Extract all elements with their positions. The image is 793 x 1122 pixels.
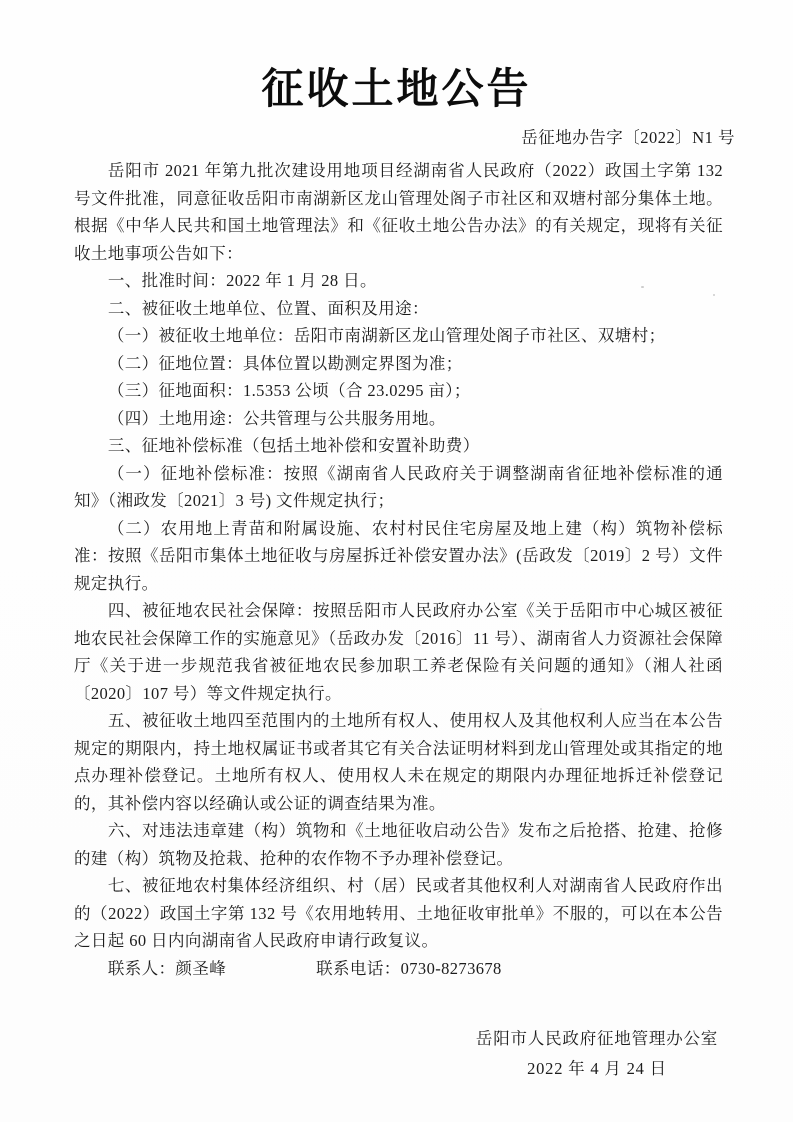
issue-date: 2022 年 4 月 24 日 [417, 1054, 777, 1084]
scan-speck [713, 294, 715, 296]
page-title: 征收土地公告 [0, 56, 793, 116]
contact-line: 联系人：颜圣峰联系电话：0730-8273678 [74, 955, 723, 983]
paragraph-item-2-2-location: （二）征地位置：具体位置以勘测定界图为准； [74, 350, 723, 378]
signature-block: 岳阳市人民政府征地管理办公室 2022 年 4 月 24 日 [417, 1024, 777, 1084]
announcement-document: 征收土地公告 岳征地办告字〔2022〕N1 号 岳阳市 2021 年第九批次建设… [0, 0, 793, 1122]
paragraph-item-6-illegal-structures: 六、对违法违章建（构）筑物和《土地征收启动公告》发布之后抢搭、抢建、抢修的建（构… [74, 817, 723, 872]
paragraph-intro: 岳阳市 2021 年第九批次建设用地项目经湖南省人民政府（2022）政国土字第 … [74, 157, 723, 267]
paragraph-item-2-4-usage: （四）土地用途：公共管理与公共服务用地。 [74, 405, 723, 433]
paragraph-item-7-review: 七、被征地农村集体经济组织、村（居）民或者其他权利人对湖南省人民政府作出的（20… [74, 872, 723, 955]
contact-person-label: 联系人： [108, 959, 176, 978]
contact-person-name: 颜圣峰 [175, 959, 226, 978]
paragraph-item-3-2-structures: （二）农用地上青苗和附属设施、农村村民住宅房屋及地上建（构）筑物补偿标准：按照《… [74, 515, 723, 598]
scan-speck [662, 476, 664, 479]
paragraph-item-3-heading: 三、征地补偿标准（包括土地补偿和安置补助费） [74, 432, 723, 460]
contact-phone-label: 联系电话： [316, 959, 401, 978]
paragraph-item-4-social-security: 四、被征地农民社会保障：按照岳阳市人民政府办公室《关于岳阳市中心城区被征地农民社… [74, 597, 723, 707]
issuing-office: 岳阳市人民政府征地管理办公室 [417, 1024, 777, 1054]
document-body: 岳阳市 2021 年第九批次建设用地项目经湖南省人民政府（2022）政国土字第 … [74, 157, 723, 982]
paragraph-item-2-1-unit: （一）被征收土地单位：岳阳市南湖新区龙山管理处阁子市社区、双塘村； [74, 322, 723, 350]
doc-number: 岳征地办告字〔2022〕N1 号 [0, 124, 793, 148]
scan-speck [641, 286, 644, 288]
scan-speck [540, 708, 542, 710]
paragraph-item-3-1-compensation: （一）征地补偿标准：按照《湖南省人民政府关于调整湖南省征地补偿标准的通知》（湘政… [74, 460, 723, 515]
paragraph-item-2-3-area: （三）征地面积：1.5353 公顷（合 23.0295 亩）； [74, 377, 723, 405]
paragraph-item-2-heading: 二、被征收土地单位、位置、面积及用途： [74, 295, 723, 323]
paragraph-item-1-approval-time: 一、批准时间：2022 年 1 月 28 日。 [74, 267, 723, 295]
contact-phone-number: 0730-8273678 [401, 959, 502, 978]
paragraph-item-5-registration: 五、被征收土地四至范围内的土地所有权人、使用权人及其他权利人应当在本公告规定的期… [74, 707, 723, 817]
